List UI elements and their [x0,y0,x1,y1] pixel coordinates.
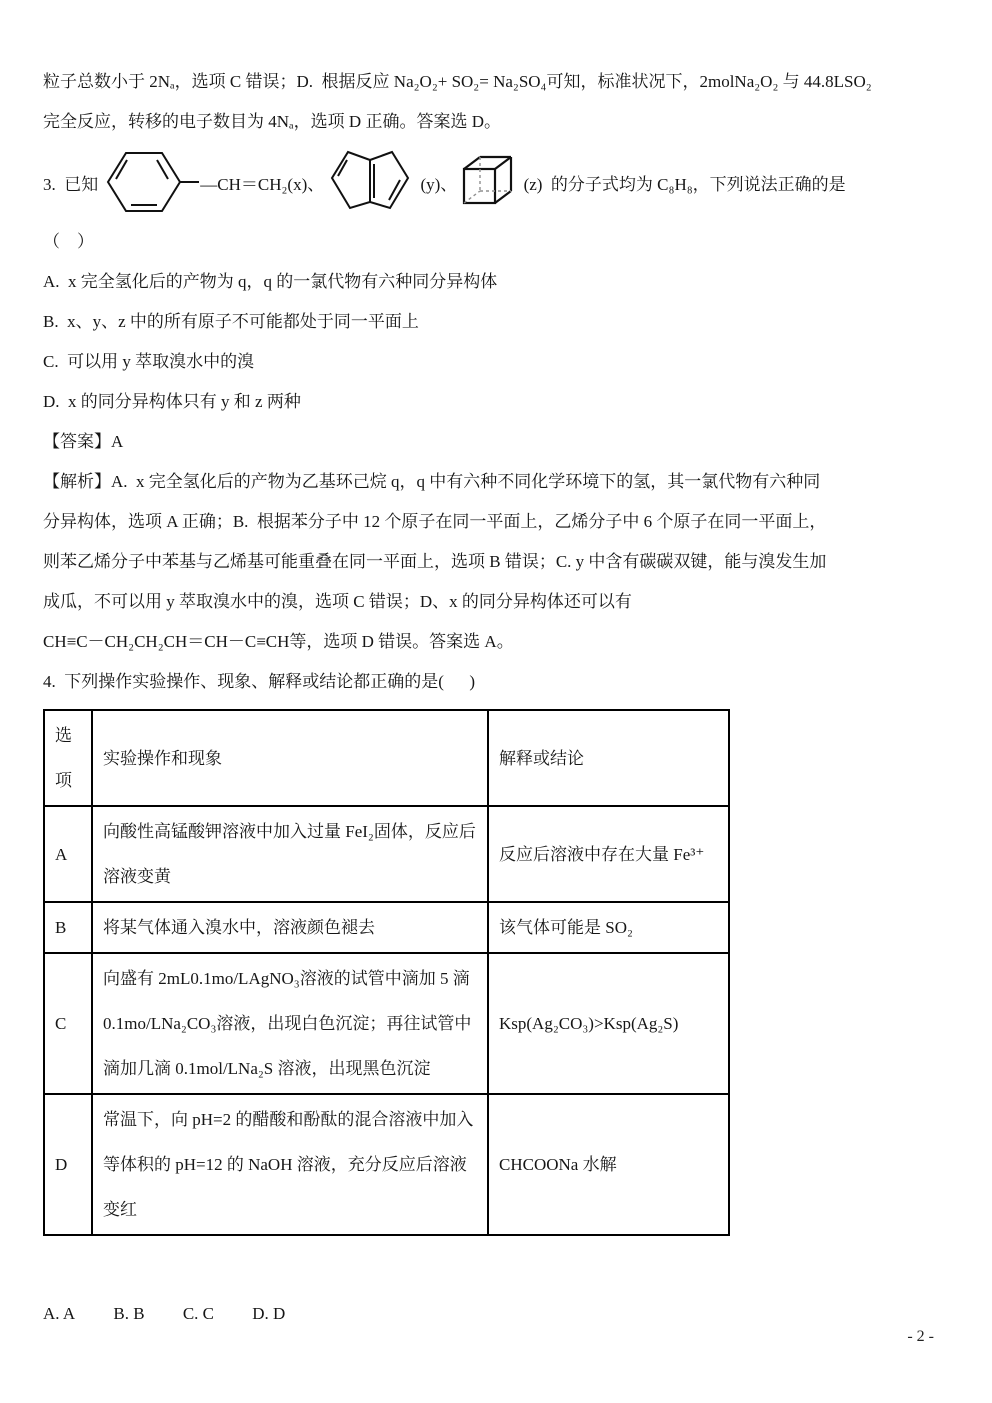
table-header-row: 选项 实验操作和现象 解释或结论 [44,710,729,806]
option-d: D. x 的同分异构体只有 y 和 z 两种 [43,382,947,422]
table-row-b: B 将某气体通入溴水中，溶液颜色褪去 该气体可能是 SO₂ [44,902,729,953]
answer-option-d: D. D [252,1304,285,1323]
analysis-line: 则苯乙烯分子中苯基与乙烯基可能重叠在同一平面上，选项 B 错误；C. y 中含有… [43,542,947,582]
answer-options-row: A. A B. B C. C D. D [43,1294,947,1334]
analysis-line: 分异构体，选项 A 正确；B. 根据苯分子中 12 个原子在同一平面上，乙烯分子… [43,502,947,542]
y-structure-label: (y)、 [416,170,457,195]
header-cell-conclusion: 解释或结论 [488,710,729,806]
analysis-line: 成瓜，不可以用 y 萃取溴水中的溴，选项 C 错误；D、x 的同分异构体还可以有 [43,582,947,622]
analysis-line: CH≡C－CH₂CH₂CH＝CH－C≡CH等，选项 D 错误。答案选 A。 [43,622,947,662]
z-suffix-text: (z) 的分子式均为 C₈H₈，下列说法正确的是 [519,170,845,195]
table-row-a: A 向酸性高锰酸钾溶液中加入过量 FeI₂固体，反应后溶液变黄 反应后溶液中存在… [44,806,729,902]
question3-number: 3. 已知 [43,170,98,195]
option-c: C. 可以用 y 萃取溴水中的溴 [43,342,947,382]
conclusion-cell: CHCOONa 水解 [488,1094,729,1235]
solution-text-line: 粒子总数小于 2Nₐ，选项 C 错误；D. 根据反应 Na₂O₂+ SO₂= N… [43,62,947,102]
operation-cell: 向盛有 2mL0.1mo/LAgNO₃溶液的试管中滴加 5 滴 0.1mo/LN… [92,953,488,1094]
option-a: A. x 完全氢化后的产物为 q，q 的一氯代物有六种同分异构体 [43,262,947,302]
question4-stem: 4. 下列操作实验操作、现象、解释或结论都正确的是( ) [43,662,947,702]
operation-cell: 向酸性高锰酸钾溶液中加入过量 FeI₂固体，反应后溶液变黄 [92,806,488,902]
option-b: B. x、y、z 中的所有原子不可能都处于同一平面上 [43,302,947,342]
analysis-line: 【解析】A. x 完全氢化后的产物为乙基环己烷 q，q 中有六种不同化学环境下的… [43,462,947,502]
header-cell-option: 选项 [44,710,92,806]
conclusion-cell: 反应后溶液中存在大量 Fe³⁺ [488,806,729,902]
answer-option-b: B. B [113,1304,144,1323]
operation-cell: 将某气体通入溴水中，溶液颜色褪去 [92,902,488,953]
pentalene-structure [326,150,414,214]
option-cell: C [44,953,92,1094]
conclusion-cell: Ksp(Ag₂CO₃)>Ksp(Ag₂S) [488,953,729,1094]
option-cell: A [44,806,92,902]
question4-table: 选项 实验操作和现象 解释或结论 A 向酸性高锰酸钾溶液中加入过量 FeI₂固体… [43,709,730,1236]
header-cell-operation: 实验操作和现象 [92,710,488,806]
conclusion-cell: 该气体可能是 SO₂ [488,902,729,953]
operation-cell: 常温下，向 pH=2 的醋酸和酚酞的混合溶液中加入等体积的 pH=12 的 Na… [92,1094,488,1235]
option-cell: D [44,1094,92,1235]
table-row-d: D 常温下，向 pH=2 的醋酸和酚酞的混合溶液中加入等体积的 pH=12 的 … [44,1094,729,1235]
page-number: - 2 - [907,1328,934,1346]
solution-text-line: 完全反应，转移的电子数目为 4Nₐ，选项 D 正确。答案选 D。 [43,102,947,142]
answer-option-a: A. A [43,1304,75,1323]
benzene-ring-structure [98,143,200,221]
table-row-c: C 向盛有 2mL0.1mo/LAgNO₃溶液的试管中滴加 5 滴 0.1mo/… [44,953,729,1094]
styrene-formula: —CH＝CH₂(x)、 [200,170,324,195]
answer-option-c: C. C [183,1304,214,1323]
answer-bracket: （ ） [43,222,947,262]
option-cell: B [44,902,92,953]
question3-stem: 3. 已知 —CH＝CH₂(x)、 (y)、 [43,142,947,222]
answer-line: 【答案】A [43,422,947,462]
cubane-cube-structure [459,151,517,213]
document-page: 粒子总数小于 2Nₐ，选项 C 错误；D. 根据反应 Na₂O₂+ SO₂= N… [0,0,992,1403]
